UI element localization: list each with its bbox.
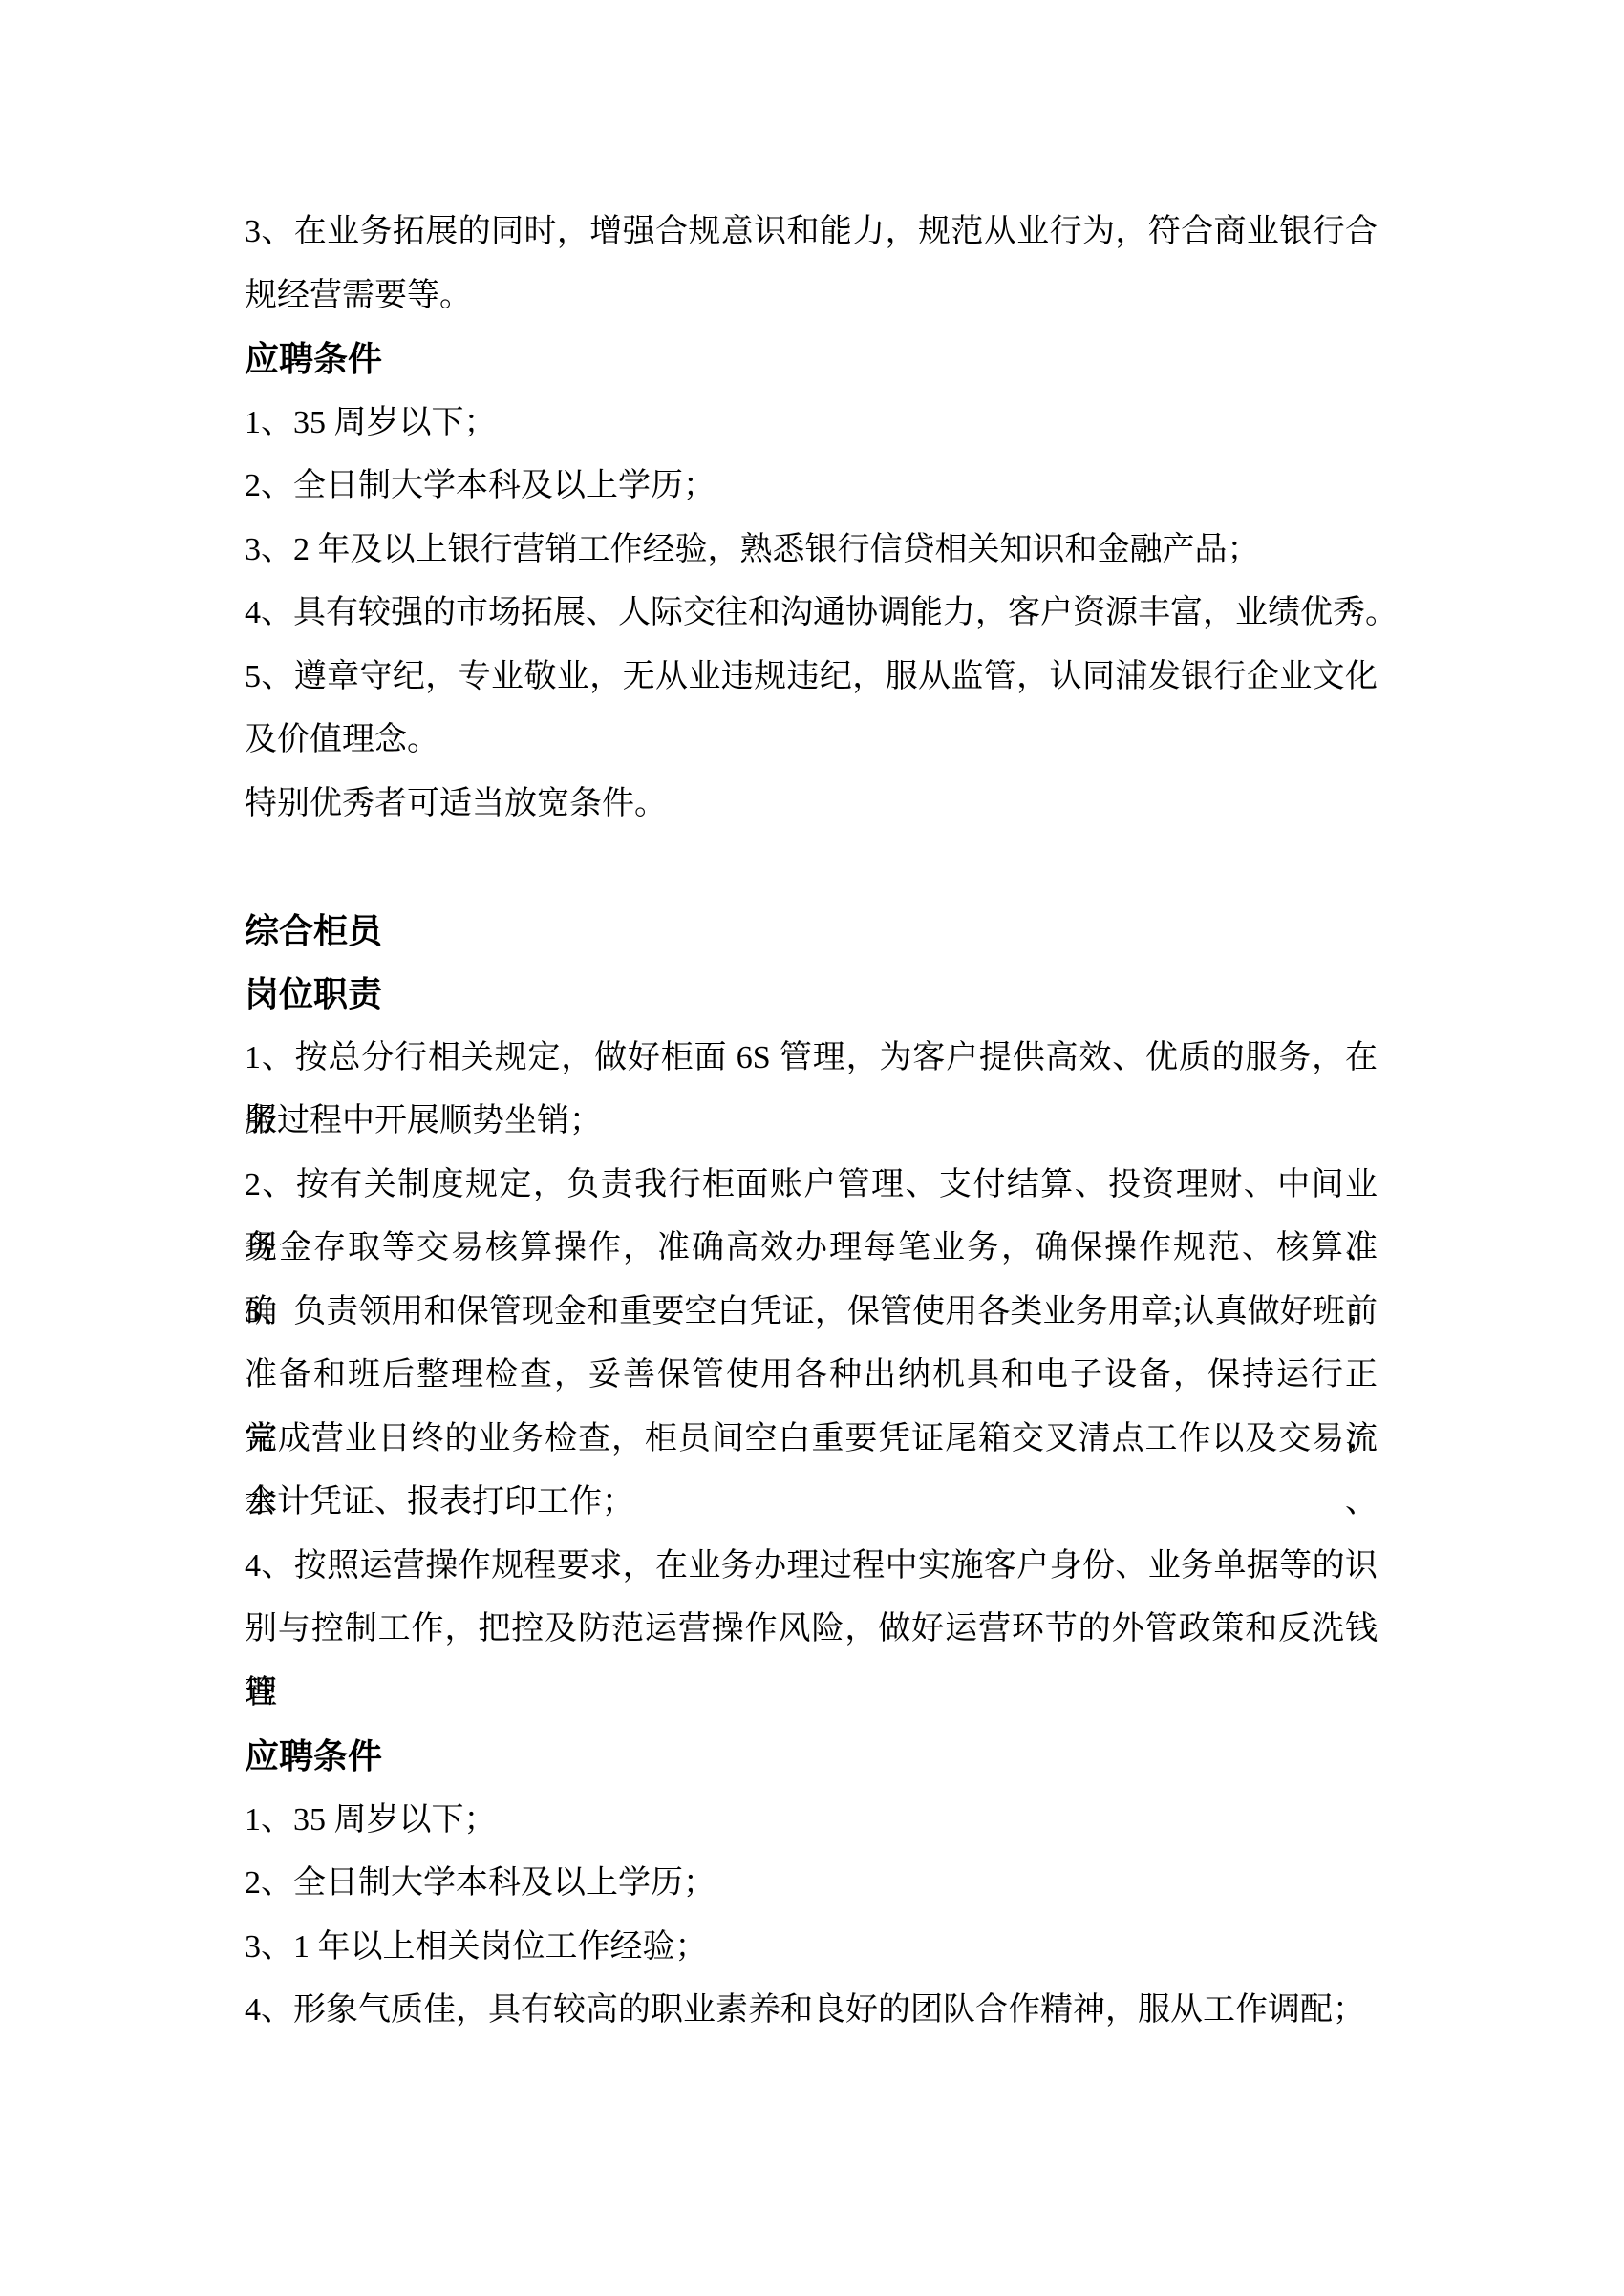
text-line: 3、1 年以上相关岗位工作经验； xyxy=(245,1916,1378,1980)
text-line: 5、遵章守纪，专业敬业，无从业违规违纪，服从监管，认同浦发银行企业文化 xyxy=(245,646,1378,710)
text-line: 4、按照运营操作规程要求，在业务办理过程中实施客户身份、业务单据等的识 xyxy=(245,1535,1378,1599)
text-line: 及价值理念。 xyxy=(245,709,1378,773)
text-line: 理 xyxy=(245,1662,1378,1726)
text-line: 2、全日制大学本科及以上学历； xyxy=(245,455,1378,519)
text-line: 3、在业务拓展的同时，增强合规意识和能力，规范从业行为，符合商业银行合 xyxy=(245,201,1378,265)
text-line: 现金存取等交易核算操作，准确高效办理每笔业务，确保操作规范、核算准确； xyxy=(245,1217,1378,1281)
text-line: 2、全日制大学本科及以上学历； xyxy=(245,1852,1378,1916)
section-heading: 岗位职责 xyxy=(245,963,1378,1027)
text-line: 准备和班后整理检查，妥善保管使用各种出纳机具和电子设备，保持运行正常； xyxy=(245,1344,1378,1408)
text-line: 4、形象气质佳，具有较高的职业素养和良好的团队合作精神，服从工作调配； xyxy=(245,1979,1378,2043)
section-heading: 应聘条件 xyxy=(245,328,1378,392)
text-line: 3、2 年及以上银行营销工作经验，熟悉银行信贷相关知识和金融产品； xyxy=(245,519,1378,583)
text-line: 特别优秀者可适当放宽条件。 xyxy=(245,773,1378,837)
text-line: 2、按有关制度规定，负责我行柜面账户管理、支付结算、投资理财、中间业务、 xyxy=(245,1154,1378,1218)
text-line: 别与控制工作，把控及防范运营操作风险，做好运营环节的外管政策和反洗钱管 xyxy=(245,1598,1378,1662)
text-line: 3、负责领用和保管现金和重要空白凭证，保管使用各类业务用章;认真做好班前 xyxy=(245,1281,1378,1345)
document-body: 3、在业务拓展的同时，增强合规意识和能力，规范从业行为，符合商业银行合规经营需要… xyxy=(245,201,1378,2043)
text-line: 4、具有较强的市场拓展、人际交往和沟通协调能力，客户资源丰富，业绩优秀。 xyxy=(245,582,1378,646)
text-line: 1、按总分行相关规定，做好柜面 6S 管理，为客户提供高效、优质的服务，在服 xyxy=(245,1027,1378,1091)
document-page: 3、在业务拓展的同时，增强合规意识和能力，规范从业行为，符合商业银行合规经营需要… xyxy=(0,0,1624,2296)
text-line: 1、35 周岁以下； xyxy=(245,392,1378,456)
text-line: 规经营需要等。 xyxy=(245,265,1378,329)
section-heading: 应聘条件 xyxy=(245,1725,1378,1789)
text-line: 务过程中开展顺势坐销； xyxy=(245,1090,1378,1154)
blank-line xyxy=(245,836,1378,900)
text-line: 1、35 周岁以下； xyxy=(245,1789,1378,1853)
section-heading: 综合柜员 xyxy=(245,900,1378,964)
text-line: 完成营业日终的业务检查，柜员间空白重要凭证尾箱交叉清点工作以及交易流水、 xyxy=(245,1408,1378,1472)
